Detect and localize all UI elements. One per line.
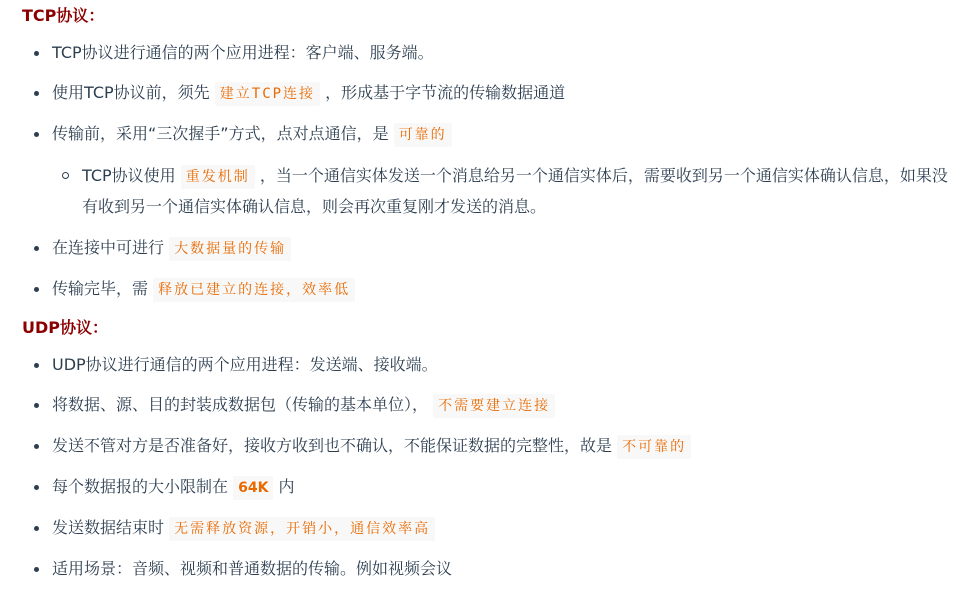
bullet-icon — [34, 287, 39, 292]
bullet-icon — [34, 567, 39, 572]
item-text: 在连接中可进行 — [52, 238, 164, 257]
list-item: 发送数据结束时 无需释放资源，开销小，通信效率高 — [22, 514, 969, 543]
item-text: TCP协议使用 — [82, 166, 176, 185]
bullet-icon — [34, 444, 39, 449]
inline-code: 不需要建立连接 — [433, 394, 555, 418]
list-item: 在连接中可进行 大数据量的传输 — [22, 234, 969, 263]
inline-code: 建立TCP连接 — [215, 82, 320, 106]
tcp-list: TCP协议进行通信的两个应用进程：客户端、服务端。 使用TCP协议前，须先 建立… — [22, 39, 969, 304]
inline-code: 64K — [233, 476, 273, 500]
bullet-icon — [34, 363, 39, 368]
document: TCP协议： TCP协议进行通信的两个应用进程：客户端、服务端。 使用TCP协议… — [0, 0, 969, 583]
list-item: TCP协议进行通信的两个应用进程：客户端、服务端。 — [22, 39, 969, 67]
item-text: 发送不管对方是否准备好，接收方收到也不确认，不能保证数据的完整性，故是 — [52, 436, 612, 455]
item-text: 每个数据报的大小限制在 — [52, 477, 228, 496]
inline-code: 大数据量的传输 — [169, 237, 291, 261]
bullet-icon — [34, 526, 39, 531]
bullet-icon — [34, 485, 39, 490]
item-text: 内 — [279, 477, 295, 496]
list-item: 使用TCP协议前，须先 建立TCP连接 ，形成基于字节流的传输数据通道 — [22, 79, 969, 108]
list-item: 适用场景：音频、视频和普通数据的传输。例如视频会议 — [22, 555, 969, 583]
circle-bullet-icon — [62, 172, 69, 179]
item-text: 传输前，采用“三次握手”方式，点对点通信，是 — [52, 124, 389, 143]
bullet-icon — [34, 246, 39, 251]
inline-code: 无需释放资源，开销小，通信效率高 — [169, 517, 435, 541]
inline-code: 释放已建立的连接，效率低 — [153, 278, 355, 302]
inline-code: 重发机制 — [181, 165, 255, 189]
item-text: 发送数据结束时 — [52, 518, 164, 537]
item-text: ，形成基于字节流的传输数据通道 — [325, 83, 565, 102]
bullet-icon — [34, 403, 39, 408]
item-text: 将数据、源、目的封装成数据包（传输的基本单位）， — [52, 395, 428, 414]
item-text: 适用场景：音频、视频和普通数据的传输。例如视频会议 — [52, 559, 452, 578]
list-item: 传输前，采用“三次握手”方式，点对点通信，是 可靠的 TCP协议使用 重发机制 … — [22, 120, 969, 222]
item-text: UDP协议进行通信的两个应用进程：发送端、接收端。 — [52, 355, 438, 374]
item-text: TCP协议进行通信的两个应用进程：客户端、服务端。 — [52, 43, 434, 62]
list-item: 将数据、源、目的封装成数据包（传输的基本单位）， 不需要建立连接 — [22, 391, 969, 420]
bullet-icon — [34, 51, 39, 56]
section-title-udp: UDP协议： — [22, 318, 969, 338]
item-text: 使用TCP协议前，须先 — [52, 83, 210, 102]
bullet-icon — [34, 132, 39, 137]
inline-code: 不可靠的 — [617, 435, 691, 459]
list-item: 传输完毕，需 释放已建立的连接，效率低 — [22, 275, 969, 304]
section-title-tcp: TCP协议： — [22, 0, 969, 26]
inline-code: 可靠的 — [394, 123, 452, 147]
sub-list: TCP协议使用 重发机制 ，当一个通信实体发送一个消息给另一个通信实体后，需要收… — [52, 161, 969, 222]
list-item: 每个数据报的大小限制在 64K 内 — [22, 473, 969, 502]
list-item: 发送不管对方是否准备好，接收方收到也不确认，不能保证数据的完整性，故是 不可靠的 — [22, 432, 969, 461]
item-text: 传输完毕，需 — [52, 279, 148, 298]
list-item: UDP协议进行通信的两个应用进程：发送端、接收端。 — [22, 351, 969, 379]
sub-list-item: TCP协议使用 重发机制 ，当一个通信实体发送一个消息给另一个通信实体后，需要收… — [52, 161, 962, 222]
bullet-icon — [34, 91, 39, 96]
udp-list: UDP协议进行通信的两个应用进程：发送端、接收端。 将数据、源、目的封装成数据包… — [22, 351, 969, 583]
